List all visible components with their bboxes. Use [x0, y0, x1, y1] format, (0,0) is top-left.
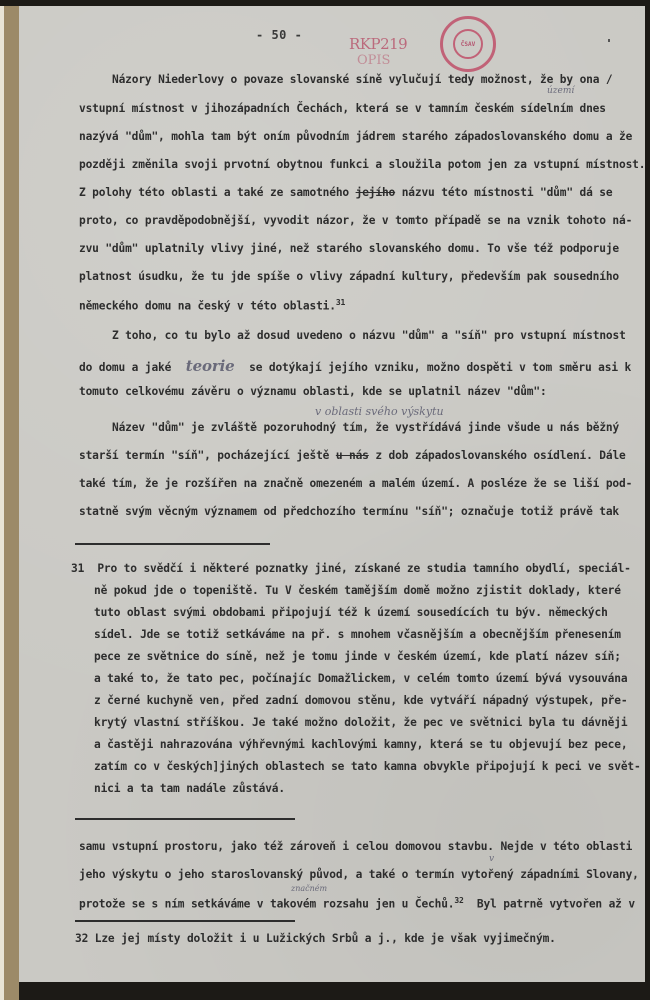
book-binding-strip	[4, 6, 19, 1000]
section-separator	[75, 818, 295, 820]
body-line: Název "dům" je zvláště pozoruhodný tím, …	[112, 421, 619, 434]
struck-word: u nás	[336, 449, 369, 462]
body-line: Z toho, co tu bylo až dosud uvedeno o ná…	[112, 329, 626, 342]
footnote-31-line: 31 Pro to svědčí i některé poznatky jiné…	[71, 562, 631, 575]
stamp-center: ČSAV	[453, 29, 483, 59]
body-line: později změnila svoji prvotní obytnou fu…	[79, 158, 645, 171]
body-line: do domu a jaké teorie se dotýkají jejího…	[79, 357, 631, 375]
footnote-31-line: sídel. Jde se totiž setkáváme na př. s m…	[94, 628, 621, 641]
continuation-line: samu vstupní prostoru, jako též zároveň …	[79, 840, 632, 853]
body-line: zvu "dům" uplatnily vlivy jiné, než star…	[79, 242, 619, 255]
footnote-separator	[75, 543, 270, 545]
footnote-31-line: a také to, že tato pec, počínajíc Domažl…	[94, 672, 627, 685]
body-line-part: starší termín "síň", pocházející ještě	[79, 449, 329, 462]
footnote-31-line: a častěji nahrazována výhřevnými kachlov…	[94, 738, 627, 751]
typewritten-page: - 50 - RKP219 OPIS ČSAV Názory Niederlov…	[19, 6, 645, 982]
archive-code-faded: OPIS	[357, 53, 390, 68]
footnote-32: 32 Lze jej místy doložit i u Lužických S…	[75, 932, 556, 945]
handwritten-note-znacnem: značném	[291, 884, 327, 893]
body-line-part: německého domu na český v této oblasti.	[79, 300, 336, 313]
body-line-part: Z polohy této oblasti a také ze samotnéh…	[79, 186, 349, 199]
footnote-31-line: nici a ta tam nadále zůstává.	[94, 782, 285, 795]
body-line: Názory Niederlovy o povaze slovanské sín…	[112, 73, 613, 86]
body-line: nazývá "dům", mohla tam být oním původní…	[79, 130, 632, 143]
body-line: také tím, že je rozšířen na značně omeze…	[79, 477, 632, 490]
handwritten-note-uzemi: území	[547, 86, 574, 96]
continuation-text: protože se s ním setkáváme v takovém roz…	[79, 898, 454, 911]
handwritten-word-teorie: teorie	[186, 357, 235, 375]
footnote-31-line: pece ze světnice do síně, než je tomu ji…	[94, 650, 621, 663]
body-line: statně svým věcným významem od předchozí…	[79, 505, 619, 518]
body-line: proto, co pravděpodobnější, vyvodit názo…	[79, 214, 632, 227]
footnote-31-line: krytý vlastní stříškou. Je také možno do…	[94, 716, 627, 729]
footnote-ref-32: 32	[454, 896, 463, 905]
body-line: vstupní místnost v jihozápadních Čechách…	[79, 102, 606, 115]
corner-mark	[608, 39, 610, 42]
page-number: - 50 -	[256, 28, 302, 42]
body-line-part: se dotýkají jejího vzniku, možno dospěti…	[249, 361, 631, 374]
footnote-31-line: ně pokud jde o topeniště. Tu V českém ta…	[94, 584, 621, 597]
archive-code-stamp: RKP219	[349, 35, 407, 53]
institution-stamp: ČSAV	[440, 16, 496, 72]
handwritten-note-v-oblasti: v oblasti svého výskytu	[315, 405, 444, 418]
footnote-31-line: tuto oblast svými obdobami připojují též…	[94, 606, 608, 619]
body-line-part: do domu a jaké	[79, 361, 171, 374]
struck-word: jejího	[356, 186, 396, 199]
handwritten-mark-v: v	[489, 854, 494, 864]
footnote-number: 31	[71, 562, 84, 575]
body-line: německého domu na český v této oblasti.3…	[79, 298, 345, 313]
body-line: Z polohy této oblasti a také ze samotnéh…	[79, 186, 612, 199]
body-line-part: z dob západoslovanského osídlení. Dále	[375, 449, 625, 462]
footnote-ref-31: 31	[336, 298, 345, 307]
body-line: platnost úsudku, že tu jde spíše o vlivy…	[79, 270, 619, 283]
continuation-text: Byl patrně vytvořen až v	[477, 898, 635, 911]
body-line: starší termín "síň", pocházející ještě u…	[79, 449, 626, 462]
body-line: tomuto celkovému závěru o významu oblast…	[79, 385, 547, 398]
footnote-text: Pro to svědčí i některé poznatky jiné, z…	[97, 562, 630, 575]
body-line-part: názvu této místnosti "dům" dá se	[402, 186, 613, 199]
footnote-31-line: zatím co v českých]jiných oblastech se t…	[94, 760, 641, 773]
footnote-separator	[75, 920, 295, 922]
continuation-line: jeho výskytu o jeho staroslovanský původ…	[79, 868, 639, 881]
footnote-31-line: z černé kuchyně ven, před zadní domovou …	[94, 694, 627, 707]
continuation-line: protože se s ním setkáváme v takovém roz…	[79, 896, 635, 911]
